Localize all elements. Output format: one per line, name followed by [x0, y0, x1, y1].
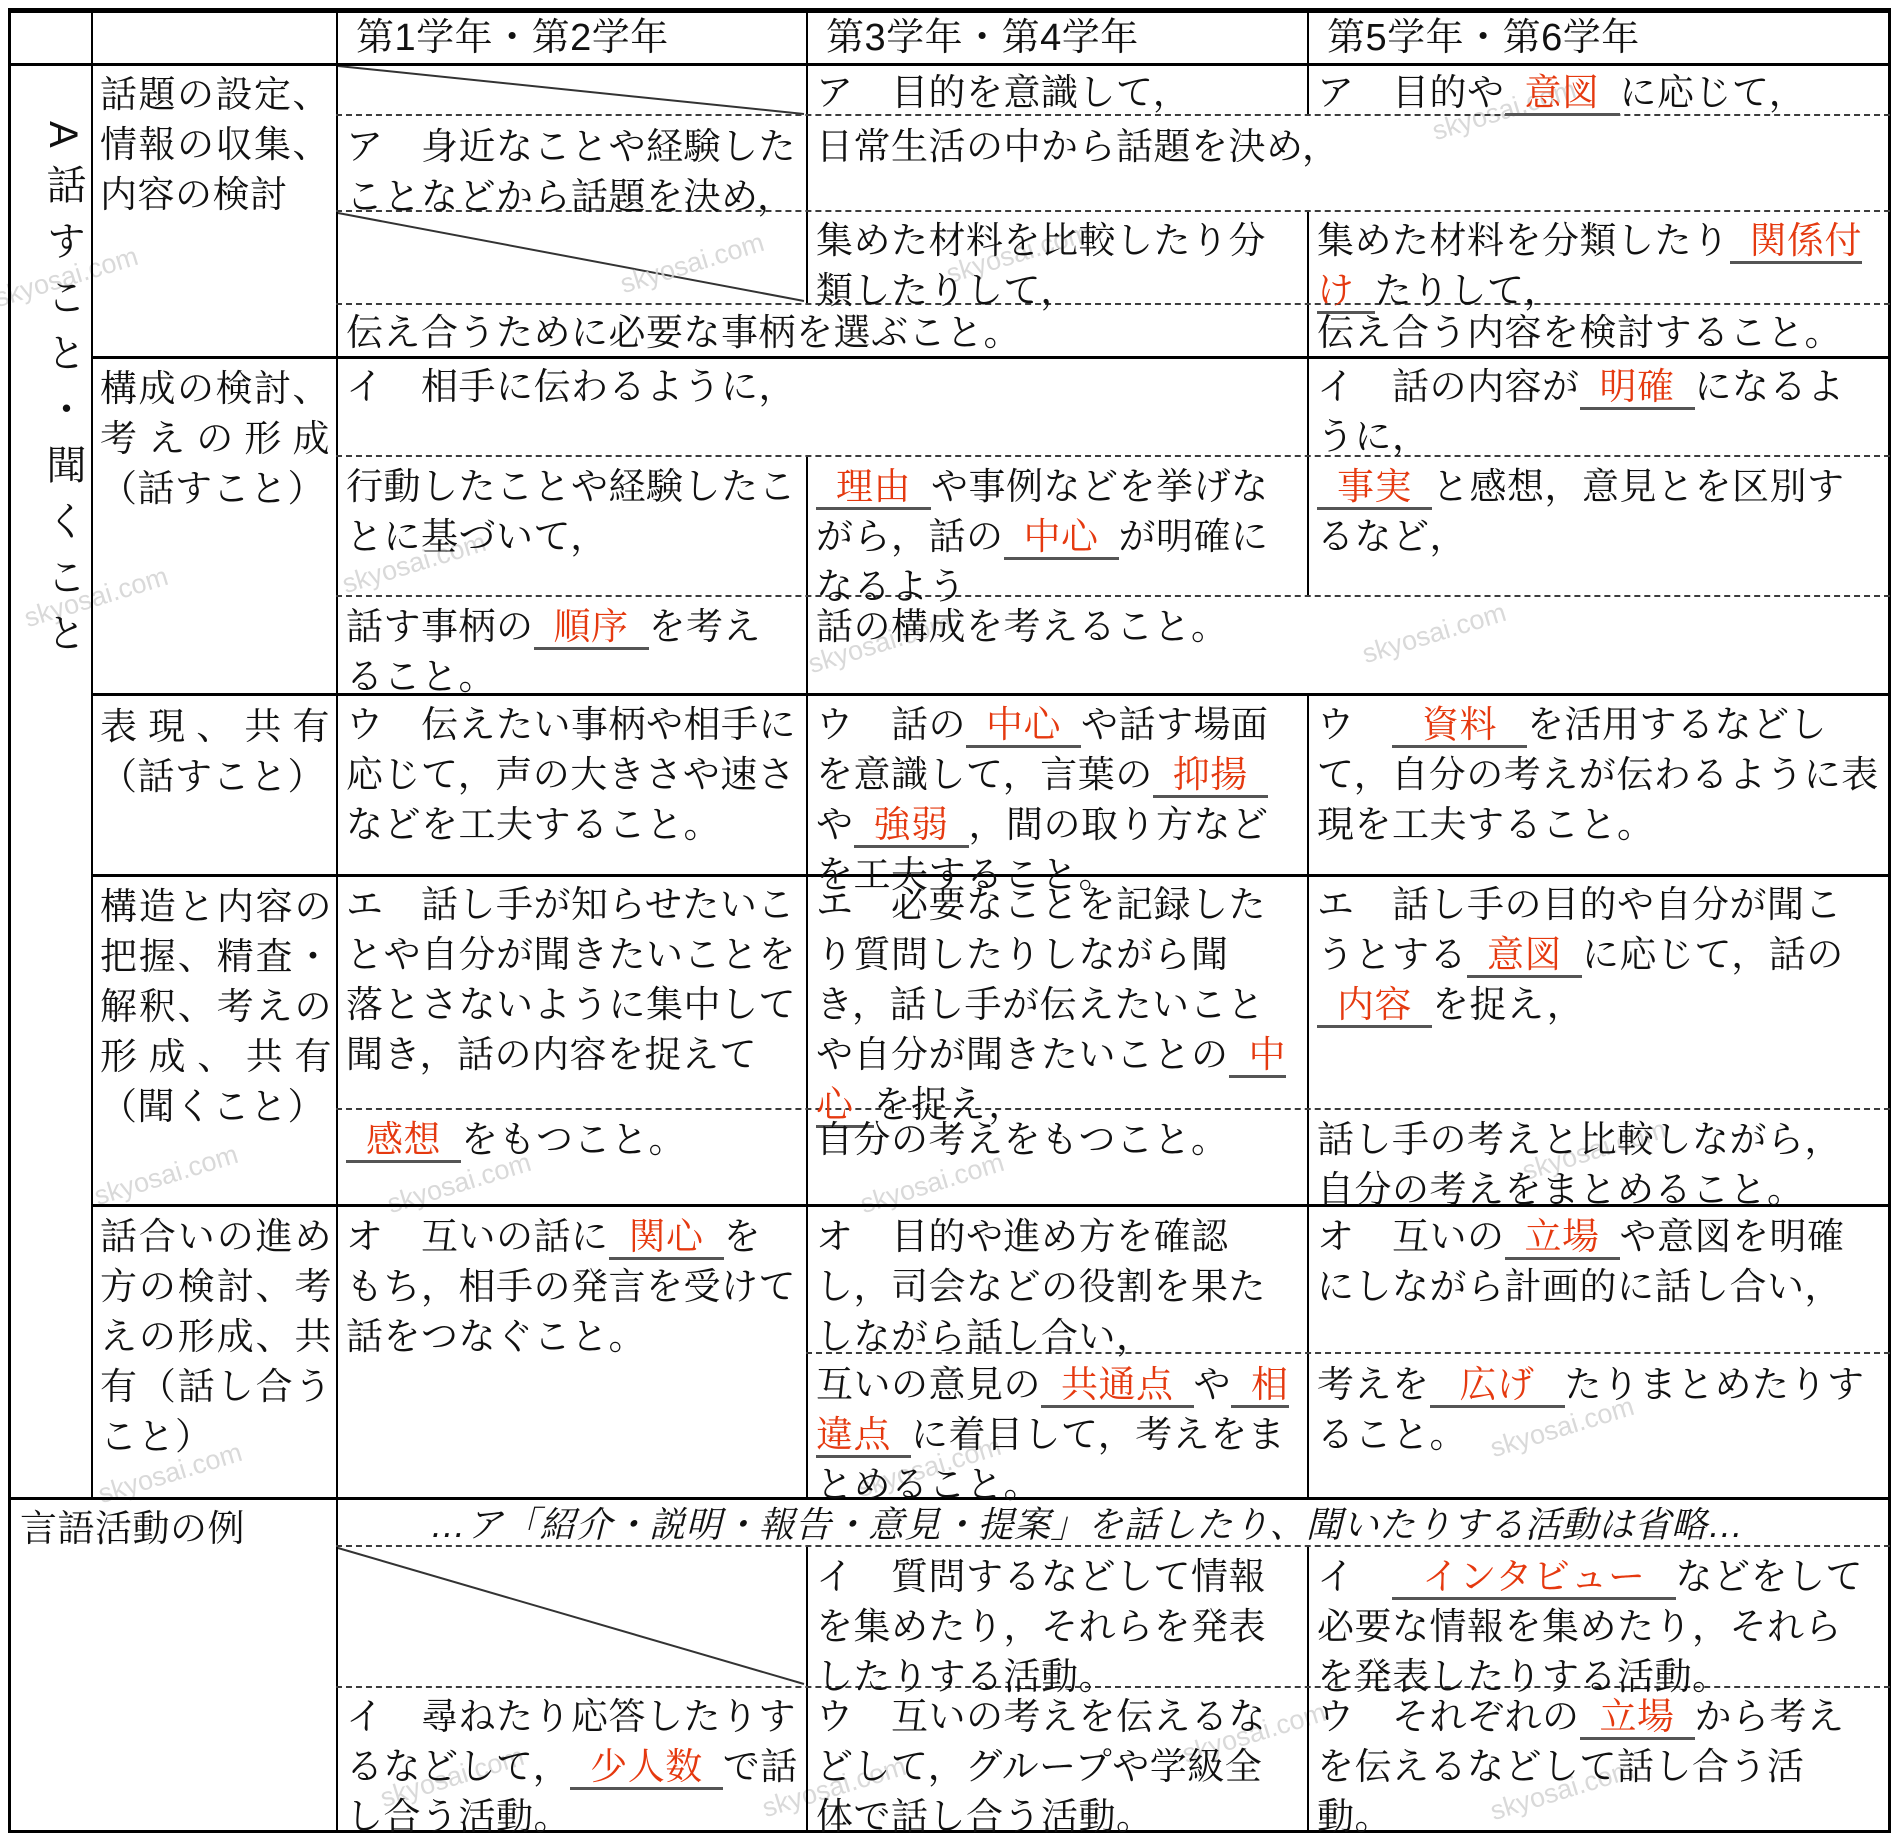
- cell-text: 考えを: [1317, 1364, 1430, 1405]
- cell-text: 互いの意見の: [816, 1364, 1041, 1405]
- cell-text: ウ 話の: [816, 704, 966, 745]
- cell-r5b-c2: 互いの意見の共通点や相違点に着目して，考えをまとめること。: [816, 1360, 1298, 1510]
- cell-r1c-c2: 集めた材料を比較したり分類したりして，: [816, 216, 1296, 316]
- cell-text: 日常生活の中から話題を決め，: [816, 126, 1340, 167]
- cell-r2a-c12: イ 相手に伝わるように，: [346, 362, 1296, 412]
- cell-text: や: [1194, 1364, 1232, 1405]
- cell-r1d-c3: 伝え合う内容を検討すること。: [1317, 308, 1879, 358]
- cell-r2a-c3: イ 話の内容が明確になるように，: [1317, 362, 1879, 462]
- blank-answer: 意図: [1467, 934, 1582, 978]
- blank-answer: 明確: [1580, 366, 1695, 410]
- cell-text: ウ 互いの考えを伝えるなどして，グループや学級全体で話し合う活動。: [816, 1696, 1266, 1837]
- row-label-speaking-listening: A話すこと・聞くこと: [8, 68, 92, 708]
- blank-answer: 抑揚: [1153, 754, 1268, 798]
- cell-r3-c2: ウ 話の中心や話す場面を意識して，言葉の抑揚や強弱，間の取り方などを工夫すること…: [816, 700, 1298, 900]
- watermark: skyosai.com: [91, 1139, 242, 1212]
- cell-r6c-c3: ウ それぞれの立場から考えを伝えるなどして話し合う活動。: [1317, 1692, 1879, 1839]
- grid-line: [806, 455, 808, 1497]
- cell-text: イ 話の内容が: [1317, 366, 1580, 407]
- grid-line: [1307, 693, 1309, 1497]
- blank-answer: 内容: [1317, 984, 1432, 1028]
- blank-answer: 強弱: [854, 804, 969, 848]
- cell-r1a-c3: ア 目的や意図に応じて，: [1317, 68, 1879, 118]
- blank-answer: 中心: [966, 704, 1081, 748]
- table-border-top: [8, 8, 1891, 13]
- cell-text: に応じて，: [1620, 72, 1807, 113]
- cell-text: オ 目的や進め方を確認し，司会などの役割を果たしながら話し合い，: [816, 1216, 1266, 1357]
- cell-r6c-c2: ウ 互いの考えを伝えるなどして，グループや学級全体で話し合う活動。: [816, 1692, 1298, 1839]
- cell-text: イ: [1317, 1556, 1392, 1597]
- cell-r1b-c23: 日常生活の中から話題を決め，: [816, 122, 1876, 172]
- category-topic-setting: 話題の設定、情報の収集、内容の検討: [100, 70, 330, 220]
- cell-r2b-c1: 行動したことや経験したことに基づいて，: [346, 462, 798, 562]
- grid-line: [1307, 8, 1309, 115]
- cell-text: ウ 伝えたい事柄や相手に応じて，声の大きさや速さなどを工夫すること。: [346, 704, 796, 845]
- cell-r1b-c1: ア 身近なことや経験したことなどから話題を決め，: [346, 122, 798, 222]
- cell-text: 行動したことや経験したことに基づいて，: [346, 466, 796, 557]
- cell-r4a-c2: エ 必要なことを記録したり質問したりしながら聞き，話し手が伝えたいことや自分が聞…: [816, 880, 1298, 1130]
- cell-text: ア 目的や: [1317, 72, 1505, 113]
- cell-text: 集めた材料を分類したり: [1317, 220, 1730, 261]
- cell-text: オ 互いの: [1317, 1216, 1505, 1257]
- header-grade-1-2: 第1学年・第2学年: [356, 16, 796, 60]
- grid-line: [1307, 1545, 1309, 1833]
- cell-text: 伝え合う内容を検討すること。: [1317, 312, 1842, 353]
- cell-text: や: [816, 804, 854, 845]
- cell-text: エ 必要なことを記録したり質問したりしながら聞き，話し手が伝えたいことや自分が聞…: [816, 884, 1266, 1075]
- cell-text: をもつこと。: [461, 1119, 686, 1160]
- grid-line: [336, 8, 338, 1833]
- category-structure-content: 構造と内容の把握、精査・解釈、考えの形成、共有（聞くこと）: [100, 882, 332, 1132]
- cell-r6b-c3: イ インタビューなどをして必要な情報を集めたり，それらを発表したりする活動。: [1317, 1552, 1879, 1702]
- grid-line: [8, 63, 1891, 66]
- cell-text: 集めた材料を比較したり分類したりして，: [816, 220, 1266, 311]
- cell-r2c-c23: 話の構成を考えること。: [816, 602, 1876, 652]
- cell-r6b-c2: イ 質問するなどして情報を集めたり，それらを発表したりする活動。: [816, 1552, 1298, 1702]
- diagonal-slash: [338, 66, 804, 114]
- blank-answer: 関心: [609, 1216, 724, 1260]
- blank-answer: 立場: [1580, 1696, 1695, 1740]
- cell-r6a-omitted-note: …ア「紹介・説明・報告・意見・提案」を話したり、聞いたりする活動は省略…: [430, 1500, 1880, 1550]
- cell-text: イ 質問するなどして情報を集めたり，それらを発表したりする活動。: [816, 1556, 1266, 1697]
- cell-r5-c1: オ 互いの話に関心をもち，相手の発言を受けて話をつなぐこと。: [346, 1212, 798, 1362]
- cell-text: オ 互いの話に: [346, 1216, 609, 1257]
- cell-r3-c1: ウ 伝えたい事柄や相手に応じて，声の大きさや速さなどを工夫すること。: [346, 700, 798, 850]
- grid-line: [806, 1545, 808, 1833]
- cell-r2c-c1: 話す事柄の順序を考えること。: [346, 602, 798, 702]
- cell-text: 話し手の考えと比較しながら，自分の考えをまとめること。: [1317, 1119, 1842, 1210]
- cell-r3-c3: ウ 資料を活用するなどして，自分の考えが伝わるように表現を工夫すること。: [1317, 700, 1879, 850]
- header-grade-5-6: 第5学年・第6学年: [1327, 16, 1877, 60]
- category-composition: 構成の検討、考えの形成（話すこと）: [100, 364, 330, 514]
- blank-answer: 意図: [1505, 72, 1620, 116]
- cell-text: ウ: [1317, 704, 1392, 745]
- blank-answer: 事実: [1317, 466, 1432, 510]
- cell-text: を捉え，: [1432, 984, 1584, 1025]
- cell-r4b-c3: 話し手の考えと比較しながら，自分の考えをまとめること。: [1317, 1115, 1879, 1215]
- cell-text: エ 話し手が知らせたいことや自分が聞きたいことを落とさないように集中して聞き，話…: [346, 884, 796, 1075]
- blank-answer: 広げ: [1430, 1364, 1565, 1408]
- category-discussion: 話合いの進め方の検討、考えの形成、共有（話し合うこと）: [100, 1212, 332, 1462]
- cell-text: に応じて，話の: [1582, 934, 1844, 975]
- grid-line: [806, 8, 808, 305]
- cell-r1d-c12: 伝え合うために必要な事柄を選ぶこと。: [346, 308, 1296, 358]
- cell-text: 話の構成を考えること。: [816, 606, 1229, 647]
- cell-text: 伝え合うために必要な事柄を選ぶこと。: [346, 312, 1021, 353]
- cell-r2b-c2: 理由や事例などを挙げながら，話の中心が明確になるよう: [816, 462, 1298, 612]
- cell-r5b-c3: 考えを広げたりまとめたりすること。: [1317, 1360, 1879, 1460]
- cell-text: …ア「紹介・説明・報告・意見・提案」を話したり、聞いたりする活動は省略…: [430, 1504, 1744, 1545]
- category-expression: 表現、共有（話すこと）: [100, 702, 330, 802]
- category-language-activities: 言語活動の例: [20, 1504, 320, 1554]
- blank-answer: 順序: [534, 606, 649, 650]
- header-grade-3-4: 第3学年・第4学年: [826, 16, 1296, 60]
- blank-answer: 立場: [1505, 1216, 1620, 1260]
- cell-text: ア 目的を意識して，: [816, 72, 1190, 113]
- grid-line: [1307, 210, 1309, 595]
- cell-text: ア 身近なことや経験したことなどから話題を決め，: [346, 126, 796, 217]
- blank-answer: 中心: [1004, 516, 1119, 560]
- table-border-right: [1888, 8, 1891, 1833]
- cell-r1a-c2: ア 目的を意識して，: [816, 68, 1296, 118]
- cell-r4b-c2: 自分の考えをもつこと。: [816, 1115, 1298, 1165]
- cell-r4b-c1: 感想をもつこと。: [346, 1115, 798, 1165]
- blank-answer: 理由: [816, 466, 931, 510]
- cell-r4a-c1: エ 話し手が知らせたいことや自分が聞きたいことを落とさないように集中して聞き，話…: [346, 880, 798, 1080]
- cell-text: ウ それぞれの: [1317, 1696, 1580, 1737]
- watermark: skyosai.com: [617, 227, 768, 300]
- cell-text: 話す事柄の: [346, 606, 534, 647]
- cell-text: たりして，: [1375, 270, 1562, 311]
- curriculum-table-page: skyosai.com skyosai.com skyosai.com skyo…: [0, 0, 1900, 1839]
- blank-answer: 資料: [1392, 704, 1527, 748]
- cell-r2b-c3: 事実と感想，意見とを区別するなど，: [1317, 462, 1879, 562]
- cell-r5a-c3: オ 互いの立場や意図を明確にしながら計画的に話し合い，: [1317, 1212, 1879, 1312]
- blank-answer: 少人数: [570, 1746, 723, 1790]
- cell-text: 自分の考えをもつこと。: [816, 1119, 1229, 1160]
- blank-answer: 共通点: [1041, 1364, 1194, 1408]
- diagonal-slash: [338, 1548, 804, 1684]
- cell-r4a-c3: エ 話し手の目的や自分が聞こうとする意図に応じて，話の内容を捉え，: [1317, 880, 1879, 1030]
- cell-text: イ 相手に伝わるように，: [346, 366, 796, 407]
- blank-answer: インタビュー: [1392, 1556, 1676, 1600]
- cell-r5a-c2: オ 目的や進め方を確認し，司会などの役割を果たしながら話し合い，: [816, 1212, 1298, 1362]
- cell-r6c-c1: イ 尋ねたり応答したりするなどして，少人数で話し合う活動。: [346, 1692, 798, 1839]
- cell-r1c-c3: 集めた材料を分類したり関係付けたりして，: [1317, 216, 1879, 316]
- blank-answer: 感想: [346, 1119, 461, 1163]
